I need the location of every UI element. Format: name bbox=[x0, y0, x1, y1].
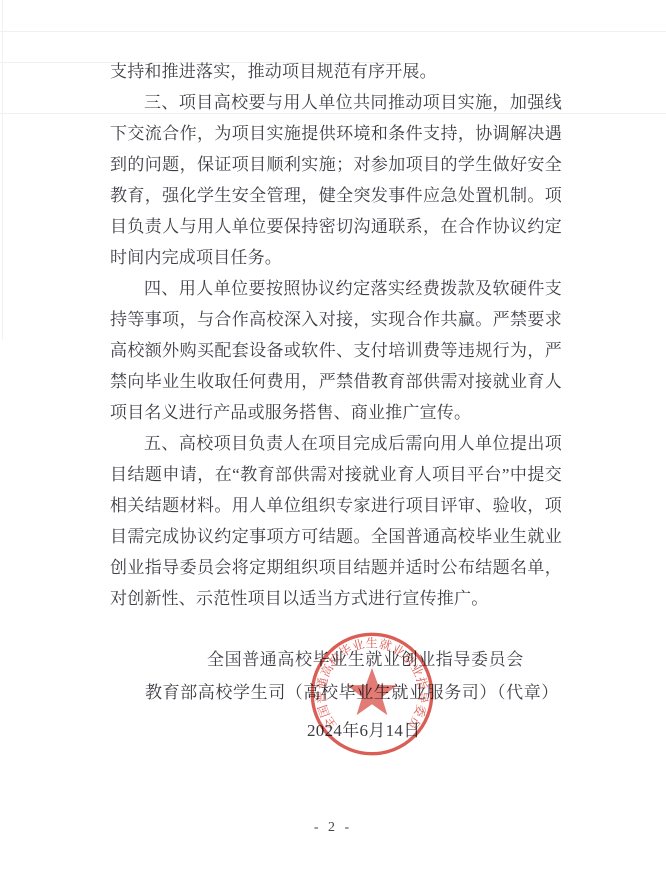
paragraph-item-five: 五、高校项目负责人在项目完成后需向用人单位提出项目结题申请，在“教育部供需对接就… bbox=[110, 428, 562, 614]
scan-artifact-line bbox=[0, 31, 666, 32]
signature-committee-name: 全国普通高校毕业生就业创业指导委员会 bbox=[207, 645, 524, 670]
paragraph-continuation: 支持和推进落实，推动项目规范有序开展。 bbox=[110, 56, 562, 87]
scan-artifact-line bbox=[2, 0, 3, 340]
scanned-document-page: 支持和推进落实，推动项目规范有序开展。 三、项目高校要与用人单位共同推动项目实施… bbox=[0, 0, 666, 884]
paragraph-item-four: 四、用人单位要按照协议约定落实经费拨款及软硬件支持等事项，与合作高校深入对接，实… bbox=[110, 273, 562, 428]
document-body: 支持和推进落实，推动项目规范有序开展。 三、项目高校要与用人单位共同推动项目实施… bbox=[110, 56, 562, 614]
paragraph-item-three: 三、项目高校要与用人单位共同推动项目实施，加强线下交流合作，为项目实施提供环境和… bbox=[110, 87, 562, 273]
signature-date: 2024年6月14日 bbox=[307, 716, 421, 741]
page-number: - 2 - bbox=[0, 820, 666, 836]
signature-department-name: 教育部高校学生司（高校毕业生就业服务司）（代章） bbox=[145, 678, 559, 703]
